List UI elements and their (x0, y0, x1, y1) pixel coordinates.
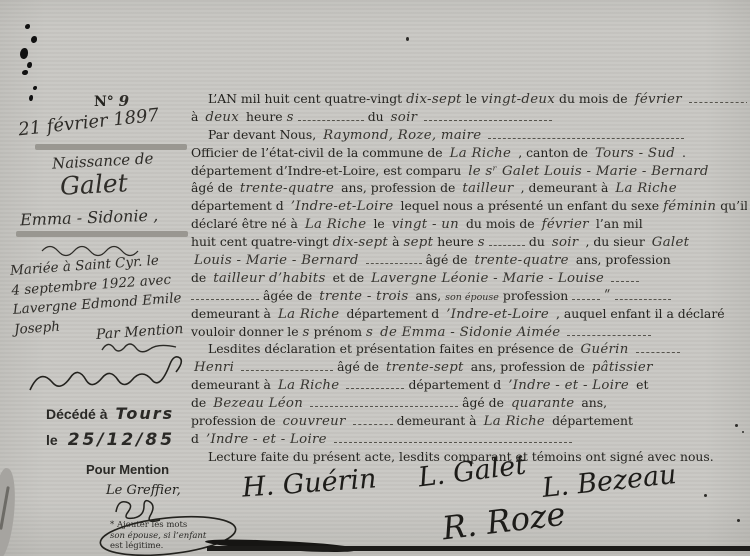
printed-text: lequel nous a présenté un enfant du sexe (401, 198, 660, 213)
printed-text: du (529, 234, 545, 249)
margin-column: N° 9 21 février 1897 Naissance de Galet … (8, 88, 196, 556)
death-stamp-line2: le25/12/85 (46, 430, 175, 450)
printed-text: à (191, 109, 198, 124)
act-line: département d’Indre-et-Loire, est compar… (191, 161, 747, 179)
large-signature-flourish (26, 350, 186, 404)
printed-text: département d (408, 377, 501, 392)
act-line: profession decouvreurdemeurant àLa Riche… (191, 411, 747, 429)
printed-text: département d (191, 198, 284, 213)
act-line: demeurant àLa Richedépartement d’Indre -… (191, 375, 747, 393)
ink-speck (406, 37, 409, 41)
handwritten-text: ’Indre - et - Loire (505, 378, 632, 393)
printed-text: . (682, 145, 686, 160)
printed-text: heure (437, 234, 474, 249)
handwritten-text: sept (403, 235, 433, 250)
blank-rule (334, 429, 572, 443)
blank-rule (191, 286, 259, 300)
signature-witness1: H. Guérin (241, 463, 377, 503)
handwritten-text: quarante (508, 396, 577, 411)
scan-edge-band (207, 546, 750, 551)
printed-text: L’AN mil huit cent quatre-vingt (208, 91, 402, 106)
act-line: deBezeau Léonâgé dequaranteans, (191, 393, 747, 411)
printed-text: ans, profession de (341, 180, 455, 195)
death-stamp-line1: Décédé àTours (46, 404, 174, 423)
handwritten-text: Galet (649, 235, 693, 250)
handwritten-text: Bezeau Léon (210, 396, 306, 411)
ink-blot (27, 62, 32, 68)
printed-text: de (191, 395, 206, 410)
handwritten-text: Tours - Sud (592, 146, 678, 161)
printed-text: huit cent quatre-vingt (191, 234, 329, 249)
handwritten-text: deux (202, 110, 242, 125)
handwritten-text: Guérin (578, 342, 632, 357)
handwritten-text: s (303, 325, 310, 340)
handwritten-text: le sʳ Galet Louis - Marie - Bernard (465, 164, 712, 179)
handwritten-text: vingt - un (389, 217, 462, 232)
printed-text: heure (246, 109, 283, 124)
blank-rule (310, 393, 458, 407)
act-line: âgé detrente-quatreans, profession detai… (191, 178, 747, 196)
printed-text: d (191, 431, 199, 446)
printed-text: ans, (581, 395, 607, 410)
printed-text: le (373, 216, 384, 231)
handwritten-text: Raymond, Roze, maire (320, 128, 484, 143)
handwritten-text: La Riche (302, 217, 370, 232)
printed-text: Officier de l’état-civil de la commune d… (191, 145, 443, 160)
printed-text: prénom (314, 324, 362, 339)
act-line: d’Indre - et - Loire (191, 429, 747, 447)
blank-rule (353, 411, 393, 425)
printed-text: Par devant Nous, (208, 127, 316, 142)
handwritten-text: La Riche (481, 414, 549, 429)
printed-text: profession (503, 288, 568, 303)
handwritten-text: trente-quatre (237, 181, 337, 196)
grey-underline-bar (35, 144, 187, 150)
handwritten-text: vingt-deux (481, 92, 555, 107)
blank-rule (424, 107, 552, 121)
printed-text: à (392, 234, 399, 249)
printed-text: et de (333, 270, 365, 285)
blank-rule (689, 89, 747, 103)
blank-rule (488, 125, 684, 139)
act-text-lines: L’AN mil huit cent quatre-vingtdix-septl… (191, 89, 747, 465)
printed-text: profession de (191, 413, 276, 428)
printed-text: ans, profession (576, 252, 671, 267)
handwritten-text: tailleur (459, 181, 516, 196)
printed-text: âgée de (263, 288, 312, 303)
act-line: demeurant àLa Richedépartement d’Indre-e… (191, 304, 747, 322)
handwritten-text: ’Indre - et - Loire (203, 432, 330, 447)
printed-text: qu’il a (720, 198, 747, 213)
signature-declarant: L. Galet (417, 450, 528, 494)
printed-text: du (368, 109, 384, 124)
printed-text: du mois de (466, 216, 535, 231)
child-surname: Galet (59, 168, 128, 201)
ink-blot (31, 36, 37, 43)
printed-text: du mois de (559, 91, 628, 106)
pour-mention-label: Pour Mention (86, 462, 169, 477)
act-body: L’AN mil huit cent quatre-vingtdix-septl… (191, 89, 747, 465)
printed-text: , canton de (518, 145, 588, 160)
handwritten-text: féminin (663, 199, 716, 214)
blank-rule (636, 340, 680, 354)
margin-date: 21 février 1897 (17, 105, 160, 141)
act-line: àdeuxheuresdusoir (191, 107, 747, 125)
printed-text: Lesdites déclaration et présentation fai… (208, 341, 574, 356)
handwritten-text: Henri (191, 360, 237, 375)
printed-text: demeurant à (191, 377, 271, 392)
act-line: déclaré être né àLa Richelevingt - undu … (191, 214, 747, 232)
handwritten-text: La Riche (275, 307, 343, 322)
handwritten-text: Lavergne Léonie - Marie - Louise (368, 271, 607, 286)
printed-text: , du sieur (585, 234, 644, 249)
act-line: detailleur d’habitset deLavergne Léonie … (191, 268, 747, 286)
act-line: Louis - Marie - Bernardâgé detrente-quat… (191, 250, 747, 268)
handwritten-text: La Riche (275, 378, 343, 393)
handwritten-text: dix-sept (406, 92, 461, 107)
printed-text: , demeurant à (521, 180, 609, 195)
printed-text: âgé de (191, 180, 233, 195)
printed-text: vouloir donner le (191, 324, 299, 339)
handwritten-text: ’Indre-et-Loire (443, 307, 552, 322)
printed-text: demeurant à (191, 306, 271, 321)
act-line: Lesdites déclaration et présentation fai… (191, 339, 747, 357)
handwritten-text: s (478, 235, 485, 250)
death-place: Tours (115, 404, 174, 423)
printed-text: le (466, 91, 477, 106)
printed-text: déclaré être né à (191, 216, 298, 231)
handwritten-text: pâtissier (589, 360, 656, 375)
ink-blot (20, 48, 28, 59)
act-line: L’AN mil huit cent quatre-vingtdix-septl… (191, 89, 747, 107)
signature-mayor: R. Roze (440, 495, 567, 548)
act-line: huit cent quatre-vingtdix-septàseptheure… (191, 232, 747, 250)
handwritten-text: ’Indre-et-Loire (288, 199, 397, 214)
handwritten-text: Louis - Marie - Bernard (191, 253, 362, 268)
printed-text: et (636, 377, 648, 392)
handwritten-text: s (366, 325, 373, 340)
blank-rule (572, 286, 600, 300)
handwritten-text: février (632, 92, 685, 107)
act-line: département d’Indre-et-Loirelequel nous … (191, 196, 747, 214)
printed-text: ans, profession de (471, 359, 585, 374)
blank-rule (615, 286, 671, 300)
handwritten-text: La Riche (612, 181, 680, 196)
handwritten-text: La Riche (447, 146, 515, 161)
handwritten-text: soir (549, 235, 582, 250)
printed-text: âgé de (426, 252, 468, 267)
blank-rule (611, 268, 639, 282)
handwritten-text: ʺ (604, 289, 610, 304)
handwritten-text: s (287, 110, 294, 125)
death-stamp-label: Décédé à (46, 406, 107, 422)
blank-rule (346, 375, 404, 389)
handwritten-text: de Emma - Sidonie Aimée (377, 325, 563, 340)
ink-blot (25, 24, 30, 29)
act-line: Officier de l’état-civil de la commune d… (191, 143, 747, 161)
act-number-label: N° (94, 94, 114, 110)
death-date: 25/12/85 (68, 430, 175, 450)
handwritten-text: soir (388, 110, 421, 125)
printed-text: département d (346, 306, 439, 321)
grey-underline-bar (16, 231, 188, 237)
handwritten-text: dix-sept (333, 235, 388, 250)
handwritten-text: trente-sept (383, 360, 467, 375)
scanned-birth-record: N° 9 21 février 1897 Naissance de Galet … (0, 0, 750, 556)
blank-rule (489, 232, 525, 246)
printed-text: âgé de (462, 395, 504, 410)
act-line: Par devant Nous,Raymond, Roze, maire (191, 125, 747, 143)
blank-rule (567, 322, 651, 336)
handwritten-text: trente-quatre (472, 253, 572, 268)
handwritten-insert: son épouse (445, 292, 499, 303)
printed-text: ans, (415, 288, 441, 303)
handwritten-text: trente - trois (316, 289, 411, 304)
printed-text: demeurant à (397, 413, 477, 428)
printed-text: âgé de (337, 359, 379, 374)
handwritten-text: couvreur (280, 414, 349, 429)
ink-blot (22, 70, 28, 75)
handwritten-text: tailleur d’habits (210, 271, 328, 286)
printed-text: l’an mil (596, 216, 643, 231)
handwritten-text: février (539, 217, 592, 232)
death-stamp-label: le (46, 432, 58, 448)
blank-rule (241, 358, 333, 372)
printed-text: département (552, 413, 633, 428)
child-given-names: Emma - Sidonie , (20, 206, 159, 230)
blank-rule (298, 107, 364, 121)
act-line: Henriâgé detrente-septans, profession de… (191, 357, 747, 375)
act-line: vouloir donner lesprénomsde Emma - Sidon… (191, 322, 747, 340)
act-line: âgée detrente - troisans,son épouseprofe… (191, 286, 747, 304)
blank-rule (366, 250, 422, 264)
printed-text: , auquel enfant il a déclaré (556, 306, 725, 321)
printed-text: de (191, 270, 206, 285)
printed-text: département d’Indre-et-Loire, est compar… (191, 163, 461, 178)
